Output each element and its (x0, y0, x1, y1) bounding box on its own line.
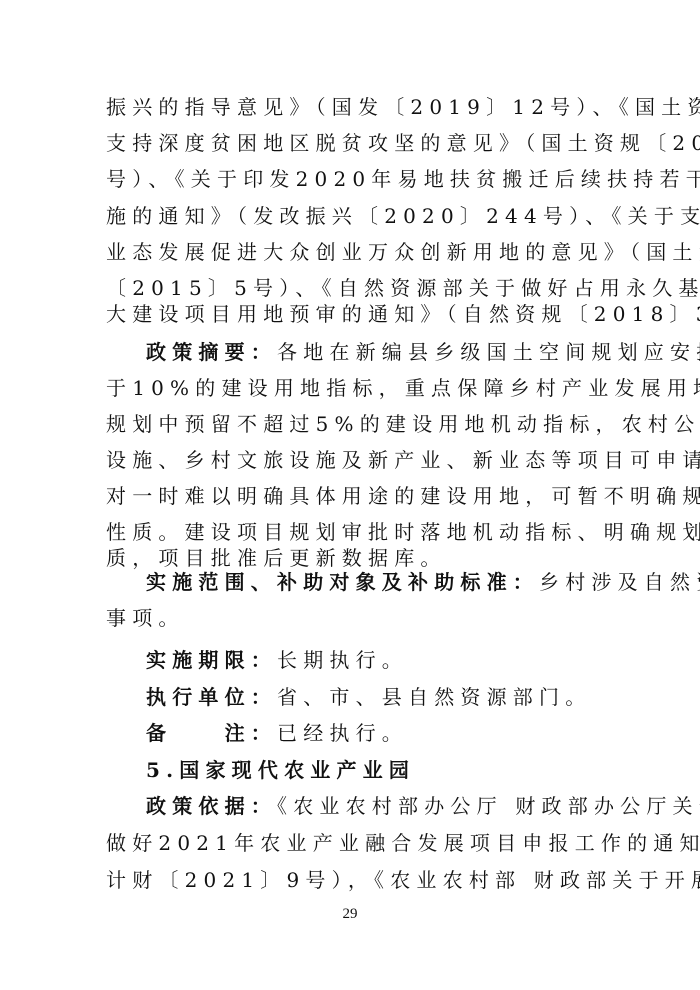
policy-summary-line: 质，项目批准后更新数据库。 (106, 545, 594, 571)
policy-summary-first-line: 政策摘要：各地在新编县乡级国土空间规划应安排不少 (146, 339, 594, 365)
period-value: 长期执行。 (277, 648, 408, 672)
page-number: 29 (0, 906, 700, 923)
policy-summary-line: 性质。建设项目规划审批时落地机动指标、明确规划用地性 (106, 519, 594, 545)
text-line: 大建设项目用地预审的通知》（自然资规〔2018〕3号）。 (106, 301, 594, 327)
section-heading: 5.国家现代农业产业园 (146, 757, 594, 783)
scope-label: 实施范围、补助对象及补助标准： (146, 570, 539, 594)
remark-line: 备 注：已经执行。 (146, 720, 594, 746)
policy-basis-label: 政策依据： (146, 794, 277, 818)
period-line: 实施期限：长期执行。 (146, 647, 594, 673)
scope-text: 乡村涉及自然资源相关 (539, 570, 700, 594)
remark-value: 已经执行。 (277, 721, 408, 745)
scope-first-line: 实施范围、补助对象及补助标准：乡村涉及自然资源相关 (146, 569, 594, 595)
text-line: 振兴的指导意见》（国发〔2019〕12号）、《国土资源部关于 (106, 94, 594, 120)
policy-summary-line: 于10%的建设用地指标，重点保障乡村产业发展用地。村庄 (106, 375, 594, 401)
policy-summary-line: 规划中预留不超过5%的建设用地机动指标，农村公共公益 (106, 411, 594, 437)
policy-summary-line: 对一时难以明确具体用途的建设用地，可暂不明确规划用地 (106, 483, 594, 509)
policy-summary-label: 政策摘要： (146, 340, 277, 364)
policy-basis-text: 《农业农村部办公厅 财政部办公厅关于统筹 (277, 794, 700, 818)
policy-summary-text: 各地在新编县乡级国土空间规划应安排不少 (277, 340, 700, 364)
policy-basis-line: 计财〔2021〕9号），《农业农村部 财政部关于开展2018年 (106, 867, 594, 893)
scope-continuation: 事项。 (106, 605, 594, 631)
remark-label: 备 注： (146, 721, 277, 745)
text-line: 〔2015〕5号）、《自然资源部关于做好占用永久基本农田重 (106, 275, 594, 301)
executor-value: 省、市、县自然资源部门。 (277, 685, 591, 709)
text-line: 施的通知》（发改振兴〔2020〕244号）、《关于支持新产业新 (106, 203, 594, 229)
period-label: 实施期限： (146, 648, 277, 672)
executor-line: 执行单位：省、市、县自然资源部门。 (146, 684, 594, 710)
document-page: 振兴的指导意见》（国发〔2019〕12号）、《国土资源部关于 支持深度贫困地区脱… (0, 0, 700, 990)
policy-summary-line: 设施、乡村文旅设施及新产业、新业态等项目可申请使用。 (106, 447, 594, 473)
text-line: 号）、《关于印发2020年易地扶贫搬迁后续扶持若干政策措 (106, 166, 594, 192)
policy-basis-first-line: 政策依据：《农业农村部办公厅 财政部办公厅关于统筹 (146, 793, 594, 819)
policy-basis-line: 做好2021年农业产业融合发展项目申报工作的通知》（农办 (106, 830, 594, 856)
executor-label: 执行单位： (146, 685, 277, 709)
text-line: 业态发展促进大众创业万众创新用地的意见》（国土资规 (106, 239, 594, 265)
text-line: 支持深度贫困地区脱贫攻坚的意见》（国土资规〔2017〕10 (106, 130, 594, 156)
